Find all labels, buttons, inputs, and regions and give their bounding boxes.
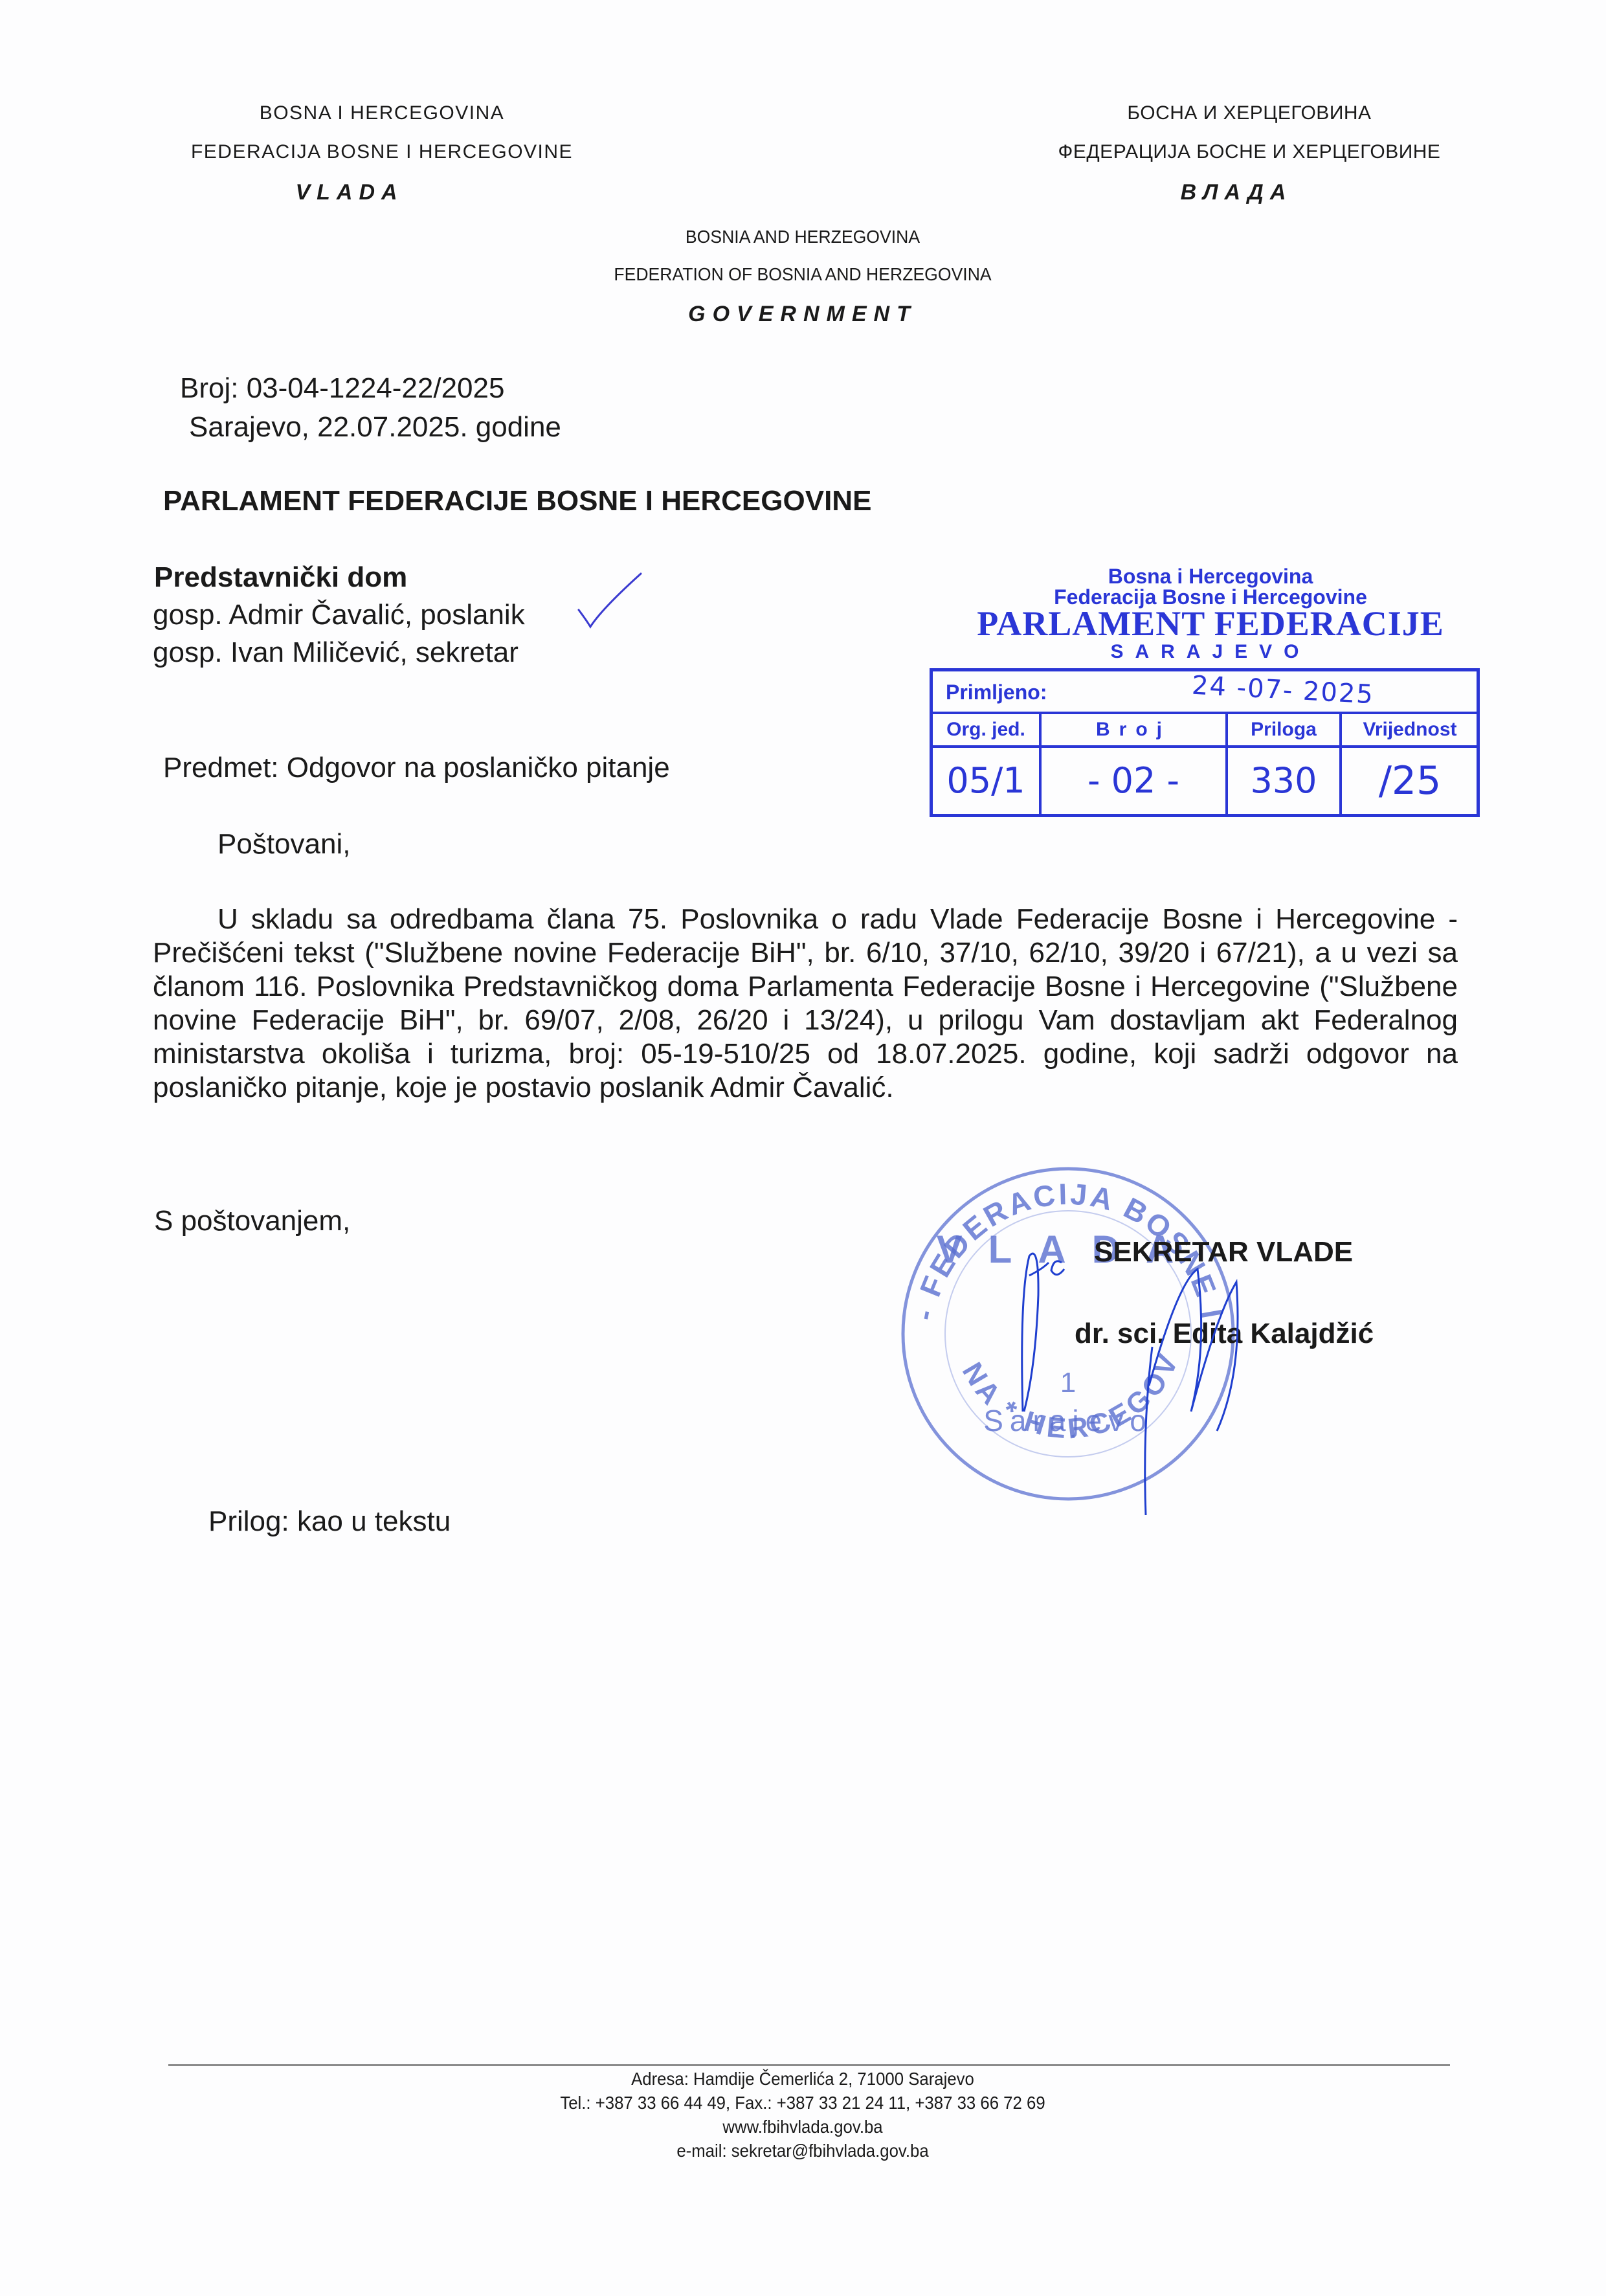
letterhead-left-line2: FEDERACIJA BOSNE I HERCEGOVINE [136,141,628,163]
stamp-val-org: 05/1 [933,748,1042,814]
stamp-col-priloga: Priloga [1228,714,1342,745]
reference-number: Broj: 03-04-1224-22/2025 [180,372,504,406]
stamp-row-received: Primljeno: 24 -07- 2025 [933,671,1477,714]
footer-email[interactable]: e-mail: sekretar@fbihvlada.gov.ba [445,2139,1160,2163]
closing: S poštovanjem, [154,1204,350,1239]
recipient-institution: PARLAMENT FEDERACIJE BOSNE I HERCEGOVINE [163,484,871,519]
checkmark-icon [576,570,647,635]
stamp-header-row: Org. jed. Broj Priloga Vrijednost [933,714,1477,748]
stamp-values-row: 05/1 - 02 - 330 /25 [933,748,1477,814]
letterhead-right-line1: БОСНА И ХЕРЦЕГОВИНА [1062,102,1437,124]
received-stamp: Bosna i Hercegovina Federacija Bosne i H… [926,565,1495,830]
letterhead-center-title: GOVERNMENT [608,302,997,327]
stamp-val-vrijednost: /25 [1342,748,1478,814]
stamp-val-priloga: 330 [1228,748,1342,814]
footer-address: Adresa: Hamdije Čemerlića 2, 71000 Saraj… [445,2067,1160,2091]
footer-divider [168,2064,1450,2066]
recipient-person-2: gosp. Ivan Miličević, sekretar [153,636,519,670]
stamp-line-3: PARLAMENT FEDERACIJE [926,603,1495,644]
stamp-table: Primljeno: 24 -07- 2025 Org. jed. Broj P… [930,668,1480,817]
attachment-note: Prilog: kao u tekstu [208,1505,451,1539]
footer-website[interactable]: www.fbihvlada.gov.ba [445,2115,1160,2139]
stamp-val-broj: - 02 - [1042,748,1228,814]
stamp-line-4: SARAJEVO [926,641,1495,663]
body-paragraph: U skladu sa odredbama člana 75. Poslovni… [153,903,1458,1105]
stamp-received-date: 24 -07- 2025 [1191,671,1375,710]
recipient-house: Predstavnički dom [154,561,407,595]
letterhead-center-line1: BOSNIA AND HERZEGOVINA [557,227,1049,247]
letterhead-left-title: VLADA [252,180,447,205]
letterhead-right-title: ВЛАДА [1159,180,1314,205]
recipient-person-1: gosp. Admir Čavalić, poslanik [153,598,525,633]
greeting: Poštovani, [217,827,350,862]
letterhead-left-line1: BOSNA I HERCEGOVINA [155,102,608,124]
stamp-received-label: Primljeno: [946,681,1047,704]
footer-phone: Tel.: +387 33 66 44 49, Fax.: +387 33 21… [445,2091,1160,2115]
subject-line: Predmet: Odgovor na poslaničko pitanje [163,751,670,785]
stamp-col-org: Org. jed. [933,714,1042,745]
stamp-col-vrijednost: Vrijednost [1342,714,1478,745]
stamp-col-broj: Broj [1042,714,1228,745]
reference-place-date: Sarajevo, 22.07.2025. godine [189,411,561,445]
letterhead-right-line2: ФЕДЕРАЦИЈА БОСНЕ И ХЕРЦЕГОВИНЕ [1023,141,1476,163]
handwritten-signature-icon [984,1217,1295,1528]
letterhead-center-line2: FEDERATION OF BOSNIA AND HERZEGOVINA [557,264,1049,285]
